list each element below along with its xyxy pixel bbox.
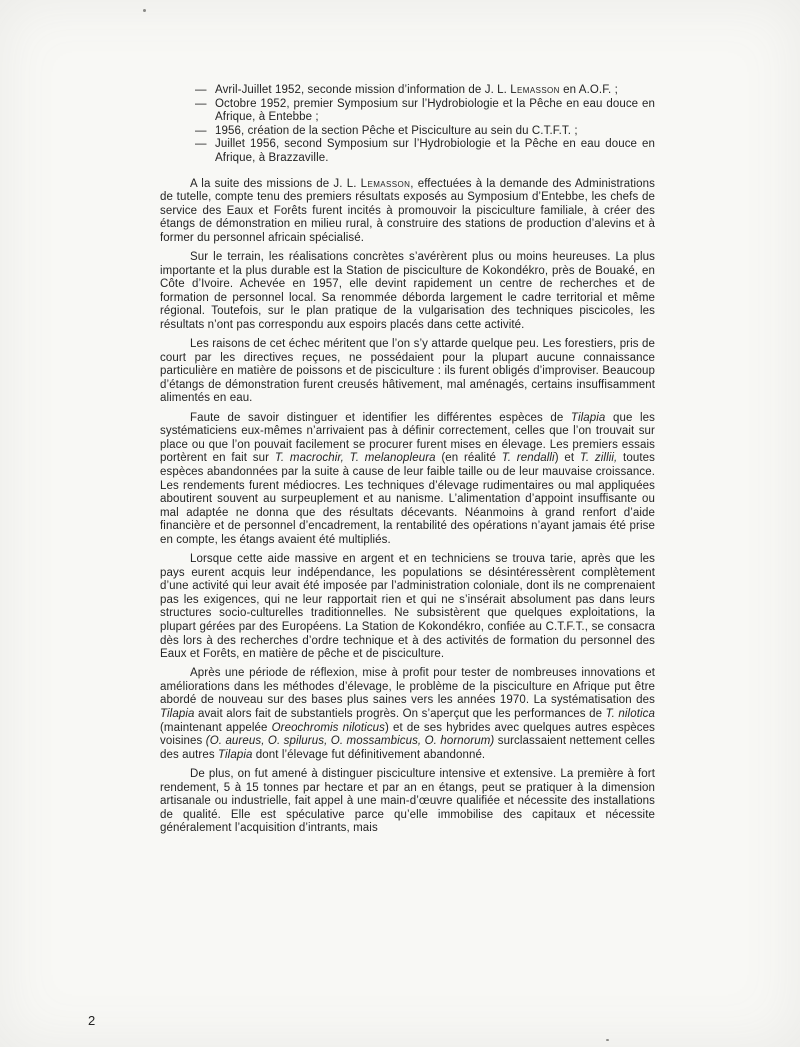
text-run: (en réalité: [436, 452, 502, 464]
italic-text: Tilapia: [571, 412, 605, 424]
bullet-list: —Avril-Juillet 1952, seconde mission d’i…: [160, 84, 655, 166]
scan-speck-top: [143, 9, 146, 12]
text-run: dont l’élevage fut définitivement abando…: [252, 749, 485, 761]
dash-bullet-icon: —: [195, 138, 207, 152]
text-run: Avril-Juillet 1952, seconde mission d’in…: [215, 84, 510, 96]
dash-bullet-icon: —: [195, 84, 207, 98]
text-run: Sur le terrain, les réalisations concrèt…: [160, 251, 655, 331]
dash-bullet-icon: —: [195, 125, 207, 139]
paragraph: Les raisons de cet échec méritent que l’…: [160, 338, 655, 406]
text-run: ) et: [555, 452, 580, 464]
list-item: —Avril-Juillet 1952, seconde mission d’i…: [160, 84, 655, 98]
paragraph: Après une période de réflexion, mise à p…: [160, 667, 655, 762]
text-run: Faute de savoir distinguer et identifier…: [190, 412, 571, 424]
italic-text: Oreochromis niloticus: [272, 722, 385, 734]
text-run: (maintenant appelée: [160, 722, 272, 734]
italic-text: Tilapia: [218, 749, 252, 761]
paragraph: A la suite des missions de J. L. Lemasso…: [160, 178, 655, 246]
text-run: Lorsque cette aide massive en argent et …: [160, 553, 655, 660]
text-run: Après une période de réflexion, mise à p…: [160, 667, 655, 706]
page-number: 2: [88, 1013, 95, 1028]
text-run: A la suite des missions de J. L.: [190, 178, 361, 190]
smallcaps-name: Lemasson: [510, 84, 560, 96]
text-run: Juillet 1956, second Symposium sur l’Hyd…: [215, 138, 655, 164]
text-column: —Avril-Juillet 1952, seconde mission d’i…: [160, 84, 655, 836]
italic-text: T. nilotica: [606, 708, 655, 720]
list-item: —Octobre 1952, premier Symposium sur l’H…: [160, 98, 655, 125]
text-run: avait alors fait de substantiels progrès…: [194, 708, 605, 720]
italic-text: T. macrochir, T. melanopleura: [275, 452, 436, 464]
scan-speck-bottom: [606, 1039, 609, 1041]
text-run: Les raisons de cet échec méritent que l’…: [160, 338, 655, 404]
text-run: en A.O.F. ;: [560, 84, 618, 96]
paragraph: Lorsque cette aide massive en argent et …: [160, 553, 655, 662]
list-item-text: 1956, création de la section Pêche et Pi…: [215, 125, 578, 137]
text-run: toutes espèces abandonnées par la suite …: [160, 452, 655, 546]
paragraph: De plus, on fut amené à distinguer pisci…: [160, 768, 655, 836]
text-run: De plus, on fut amené à distinguer pisci…: [160, 768, 655, 834]
list-item: —1956, création de la section Pêche et P…: [160, 125, 655, 139]
list-item-text: Avril-Juillet 1952, seconde mission d’in…: [215, 84, 618, 96]
list-item-text: Octobre 1952, premier Symposium sur l’Hy…: [215, 98, 655, 124]
document-page: —Avril-Juillet 1952, seconde mission d’i…: [0, 0, 800, 1047]
italic-text: T. zillii,: [580, 452, 618, 464]
list-item: —Juillet 1956, second Symposium sur l’Hy…: [160, 138, 655, 165]
italic-text: Tilapia: [160, 708, 194, 720]
italic-text: (O. aureus, O. spilurus, O. mossambicus,…: [206, 735, 495, 747]
text-run: 1956, création de la section Pêche et Pi…: [215, 125, 578, 137]
smallcaps-name: Lemasson: [361, 178, 411, 190]
paragraph: Faute de savoir distinguer et identifier…: [160, 412, 655, 548]
list-item-text: Juillet 1956, second Symposium sur l’Hyd…: [215, 138, 655, 164]
italic-text: T. rendalli: [502, 452, 555, 464]
text-run: Octobre 1952, premier Symposium sur l’Hy…: [215, 98, 655, 124]
paragraph: Sur le terrain, les réalisations concrèt…: [160, 251, 655, 333]
dash-bullet-icon: —: [195, 98, 207, 112]
